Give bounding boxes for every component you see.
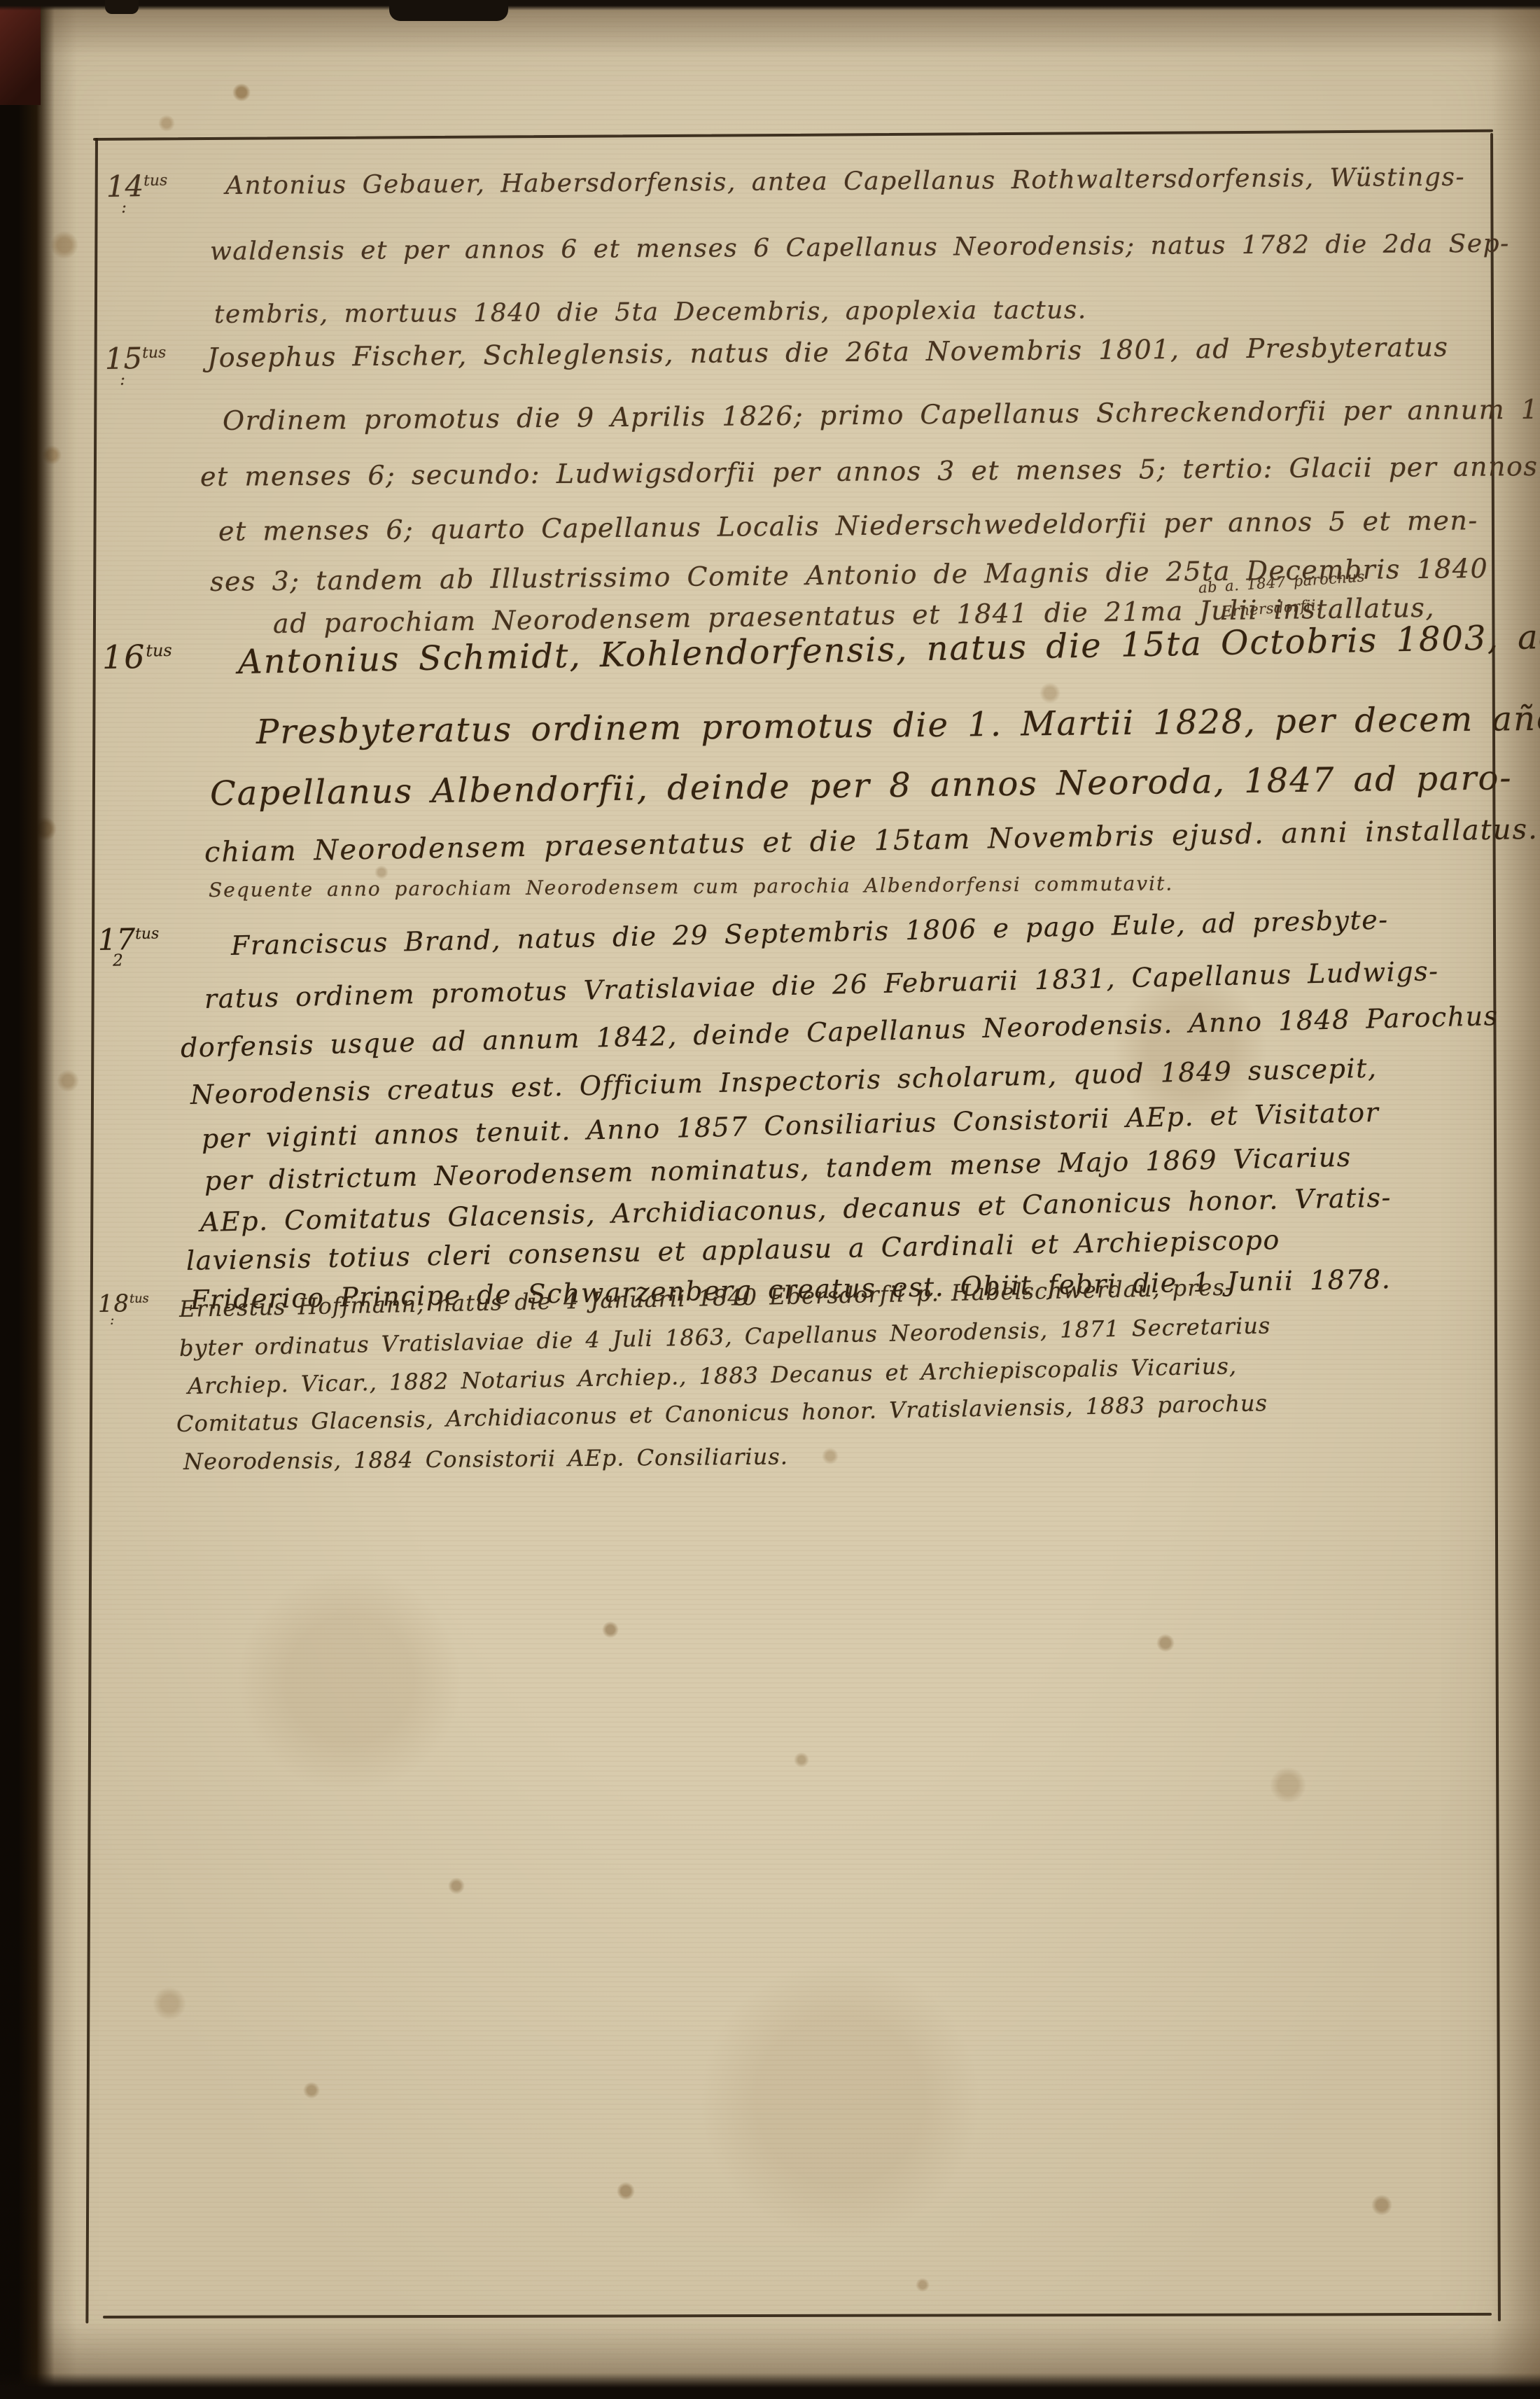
entry-number: 17tus2 bbox=[97, 924, 160, 970]
entry-number-suffix: tus bbox=[129, 1292, 149, 1306]
entry-line: tembris, mortuus 1840 die 5ta Decembris,… bbox=[214, 298, 1087, 328]
entry-number-suffix: tus bbox=[135, 925, 159, 943]
book-spine bbox=[0, 0, 55, 2399]
book-edge-top bbox=[0, 0, 1540, 11]
book-cover-corner bbox=[0, 0, 41, 105]
entry-line: Neorodensis, 1884 Consistorii AEp. Consi… bbox=[183, 1445, 788, 1473]
entry-number-value: 16 bbox=[102, 638, 146, 676]
book-edge-notch bbox=[105, 0, 139, 14]
entry-number: 15tus: bbox=[104, 343, 167, 389]
book-edge-notch bbox=[389, 0, 508, 21]
entry-number-punct: 2 bbox=[113, 952, 160, 969]
entry-number-suffix: tus bbox=[146, 641, 172, 661]
entry-number-suffix: tus bbox=[143, 172, 167, 190]
entry-number: 18tus: bbox=[98, 1292, 150, 1328]
entry-number-suffix: tus bbox=[142, 344, 166, 362]
book-edge-bottom bbox=[0, 2373, 1540, 2399]
scanned-page: 14tus: Antonius Gebauer, Habersdorfensis… bbox=[0, 0, 1540, 2399]
entry-number: 14tus: bbox=[106, 171, 168, 216]
entry-number: 16tus bbox=[102, 640, 173, 672]
